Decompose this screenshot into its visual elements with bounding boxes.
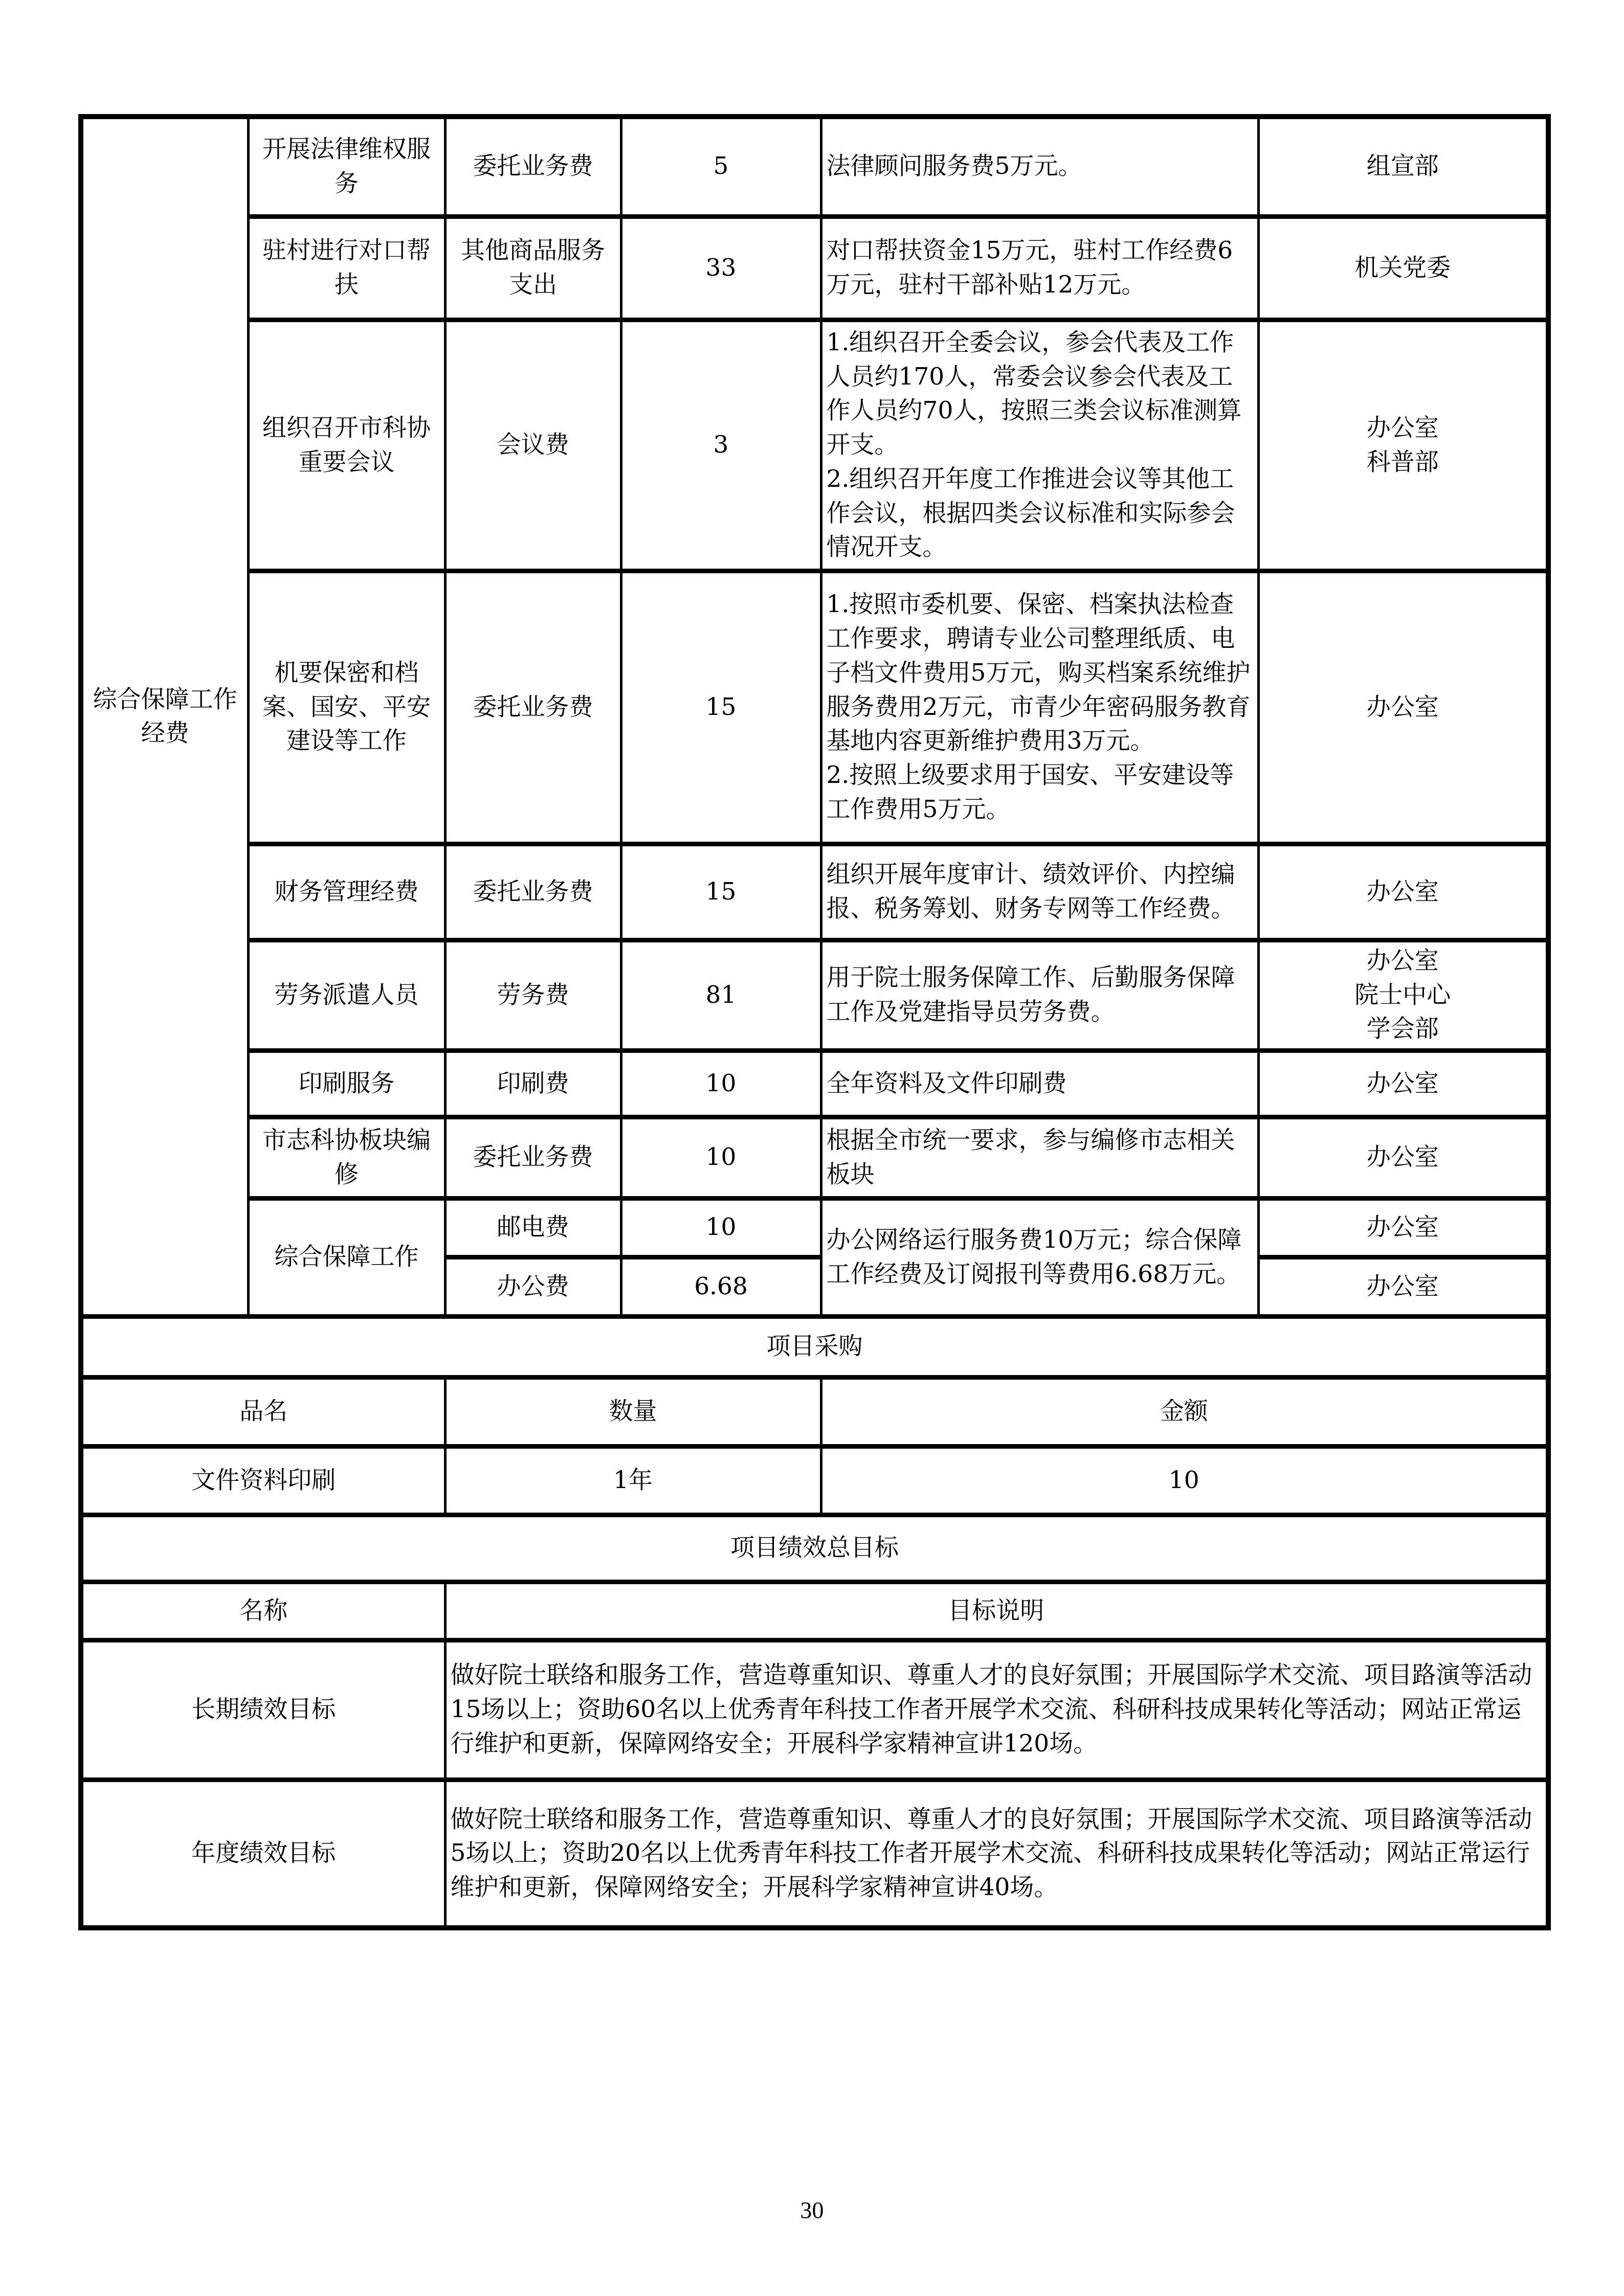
performance-header-row: 名称 目标说明 <box>81 1582 1548 1640</box>
table-row: 综合保障工作 邮电费 10 办公网络运行服务费10万元；综合保障工作经费及订阅报… <box>81 1198 1548 1257</box>
goal-name-cell: 年度绩效目标 <box>81 1780 445 1928</box>
goal-name-cell: 长期绩效目标 <box>81 1640 445 1780</box>
table-row: 综合保障工作经费 开展法律维权服务 委托业务费 5 法律顾问服务费5万元。 组宣… <box>81 117 1548 216</box>
amount-cell: 6.68 <box>621 1257 821 1316</box>
procurement-header-amount: 金额 <box>821 1377 1548 1446</box>
amount-cell: 10 <box>621 1050 821 1117</box>
group-label-cell: 综合保障工作经费 <box>81 117 248 1316</box>
procurement-title-row: 项目采购 <box>81 1316 1548 1377</box>
project-cell: 驻村进行对口帮扶 <box>248 216 445 320</box>
expense-type-cell: 委托业务费 <box>445 844 621 940</box>
table-row: 劳务派遣人员 劳务费 81 用于院士服务保障工作、后勤服务保障工作及党建指导员劳… <box>81 940 1548 1050</box>
project-cell: 劳务派遣人员 <box>248 940 445 1050</box>
amount-cell: 10 <box>621 1198 821 1257</box>
performance-header-name: 名称 <box>81 1582 445 1640</box>
project-cell: 开展法律维权服务 <box>248 117 445 216</box>
procurement-item-name: 文件资料印刷 <box>81 1446 445 1515</box>
amount-cell: 81 <box>621 940 821 1050</box>
description-cell: 法律顾问服务费5万元。 <box>821 117 1258 216</box>
procurement-title: 项目采购 <box>81 1316 1548 1377</box>
table-row: 财务管理经费 委托业务费 15 组织开展年度审计、绩效评价、内控编报、税务筹划、… <box>81 844 1548 940</box>
department-cell: 办公室 科普部 <box>1258 320 1548 571</box>
procurement-header-name: 品名 <box>81 1377 445 1446</box>
department-cell: 办公室 <box>1258 1050 1548 1117</box>
amount-cell: 10 <box>621 1117 821 1198</box>
table-row: 市志科协板块编修 委托业务费 10 根据全市统一要求，参与编修市志相关板块 办公… <box>81 1117 1548 1198</box>
expense-type-cell: 办公费 <box>445 1257 621 1316</box>
performance-header-desc: 目标说明 <box>445 1582 1548 1640</box>
expense-type-cell: 劳务费 <box>445 940 621 1050</box>
project-cell: 综合保障工作 <box>248 1198 445 1316</box>
department-cell: 组宣部 <box>1258 117 1548 216</box>
department-cell: 办公室 院士中心 学会部 <box>1258 940 1548 1050</box>
performance-goal-row: 年度绩效目标 做好院士联络和服务工作，营造尊重知识、尊重人才的良好氛围；开展国际… <box>81 1780 1548 1928</box>
project-cell: 机要保密和档案、国安、平安建设等工作 <box>248 571 445 844</box>
performance-goal-row: 长期绩效目标 做好院士联络和服务工作，营造尊重知识、尊重人才的良好氛围；开展国际… <box>81 1640 1548 1780</box>
description-cell: 对口帮扶资金15万元，驻村工作经费6万元，驻村干部补贴12万元。 <box>821 216 1258 320</box>
expense-type-cell: 委托业务费 <box>445 1117 621 1198</box>
expense-type-cell: 印刷费 <box>445 1050 621 1117</box>
description-cell: 根据全市统一要求，参与编修市志相关板块 <box>821 1117 1258 1198</box>
department-cell: 办公室 <box>1258 1257 1548 1316</box>
procurement-item-row: 文件资料印刷 1年 10 <box>81 1446 1548 1515</box>
department-cell: 机关党委 <box>1258 216 1548 320</box>
amount-cell: 15 <box>621 571 821 844</box>
project-cell: 财务管理经费 <box>248 844 445 940</box>
amount-cell: 3 <box>621 320 821 571</box>
project-cell: 市志科协板块编修 <box>248 1117 445 1198</box>
table-row: 印刷服务 印刷费 10 全年资料及文件印刷费 办公室 <box>81 1050 1548 1117</box>
project-cell: 组织召开市科协重要会议 <box>248 320 445 571</box>
performance-title-row: 项目绩效总目标 <box>81 1515 1548 1582</box>
description-cell: 1.组织召开全委会议，参会代表及工作人员约170人，常委会议参会代表及工作人员约… <box>821 320 1258 571</box>
department-cell: 办公室 <box>1258 844 1548 940</box>
amount-cell: 15 <box>621 844 821 940</box>
expense-type-cell: 邮电费 <box>445 1198 621 1257</box>
department-cell: 办公室 <box>1258 1117 1548 1198</box>
table-row: 驻村进行对口帮扶 其他商品服务支出 33 对口帮扶资金15万元，驻村工作经费6万… <box>81 216 1548 320</box>
expense-type-cell: 其他商品服务支出 <box>445 216 621 320</box>
procurement-item-amount: 10 <box>821 1446 1548 1515</box>
amount-cell: 33 <box>621 216 821 320</box>
description-cell: 1.按照市委机要、保密、档案执法检查工作要求，聘请专业公司整理纸质、电子档文件费… <box>821 571 1258 844</box>
description-cell: 用于院士服务保障工作、后勤服务保障工作及党建指导员劳务费。 <box>821 940 1258 1050</box>
procurement-item-qty: 1年 <box>445 1446 821 1515</box>
amount-cell: 5 <box>621 117 821 216</box>
expense-type-cell: 委托业务费 <box>445 117 621 216</box>
document-page: 综合保障工作经费 开展法律维权服务 委托业务费 5 法律顾问服务费5万元。 组宣… <box>0 0 1624 2296</box>
table-row: 机要保密和档案、国安、平安建设等工作 委托业务费 15 1.按照市委机要、保密、… <box>81 571 1548 844</box>
description-cell: 全年资料及文件印刷费 <box>821 1050 1258 1117</box>
performance-title: 项目绩效总目标 <box>81 1515 1548 1582</box>
budget-table: 综合保障工作经费 开展法律维权服务 委托业务费 5 法律顾问服务费5万元。 组宣… <box>78 114 1551 1930</box>
procurement-header-row: 品名 数量 金额 <box>81 1377 1548 1446</box>
table-row: 组织召开市科协重要会议 会议费 3 1.组织召开全委会议，参会代表及工作人员约1… <box>81 320 1548 571</box>
page-number: 30 <box>0 2197 1624 2224</box>
project-cell: 印刷服务 <box>248 1050 445 1117</box>
expense-type-cell: 委托业务费 <box>445 571 621 844</box>
department-cell: 办公室 <box>1258 571 1548 844</box>
procurement-header-qty: 数量 <box>445 1377 821 1446</box>
expense-type-cell: 会议费 <box>445 320 621 571</box>
goal-desc-cell: 做好院士联络和服务工作，营造尊重知识、尊重人才的良好氛围；开展国际学术交流、项目… <box>445 1780 1548 1928</box>
description-cell: 办公网络运行服务费10万元；综合保障工作经费及订阅报刊等费用6.68万元。 <box>821 1198 1258 1316</box>
description-cell: 组织开展年度审计、绩效评价、内控编报、税务筹划、财务专网等工作经费。 <box>821 844 1258 940</box>
department-cell: 办公室 <box>1258 1198 1548 1257</box>
goal-desc-cell: 做好院士联络和服务工作，营造尊重知识、尊重人才的良好氛围；开展国际学术交流、项目… <box>445 1640 1548 1780</box>
